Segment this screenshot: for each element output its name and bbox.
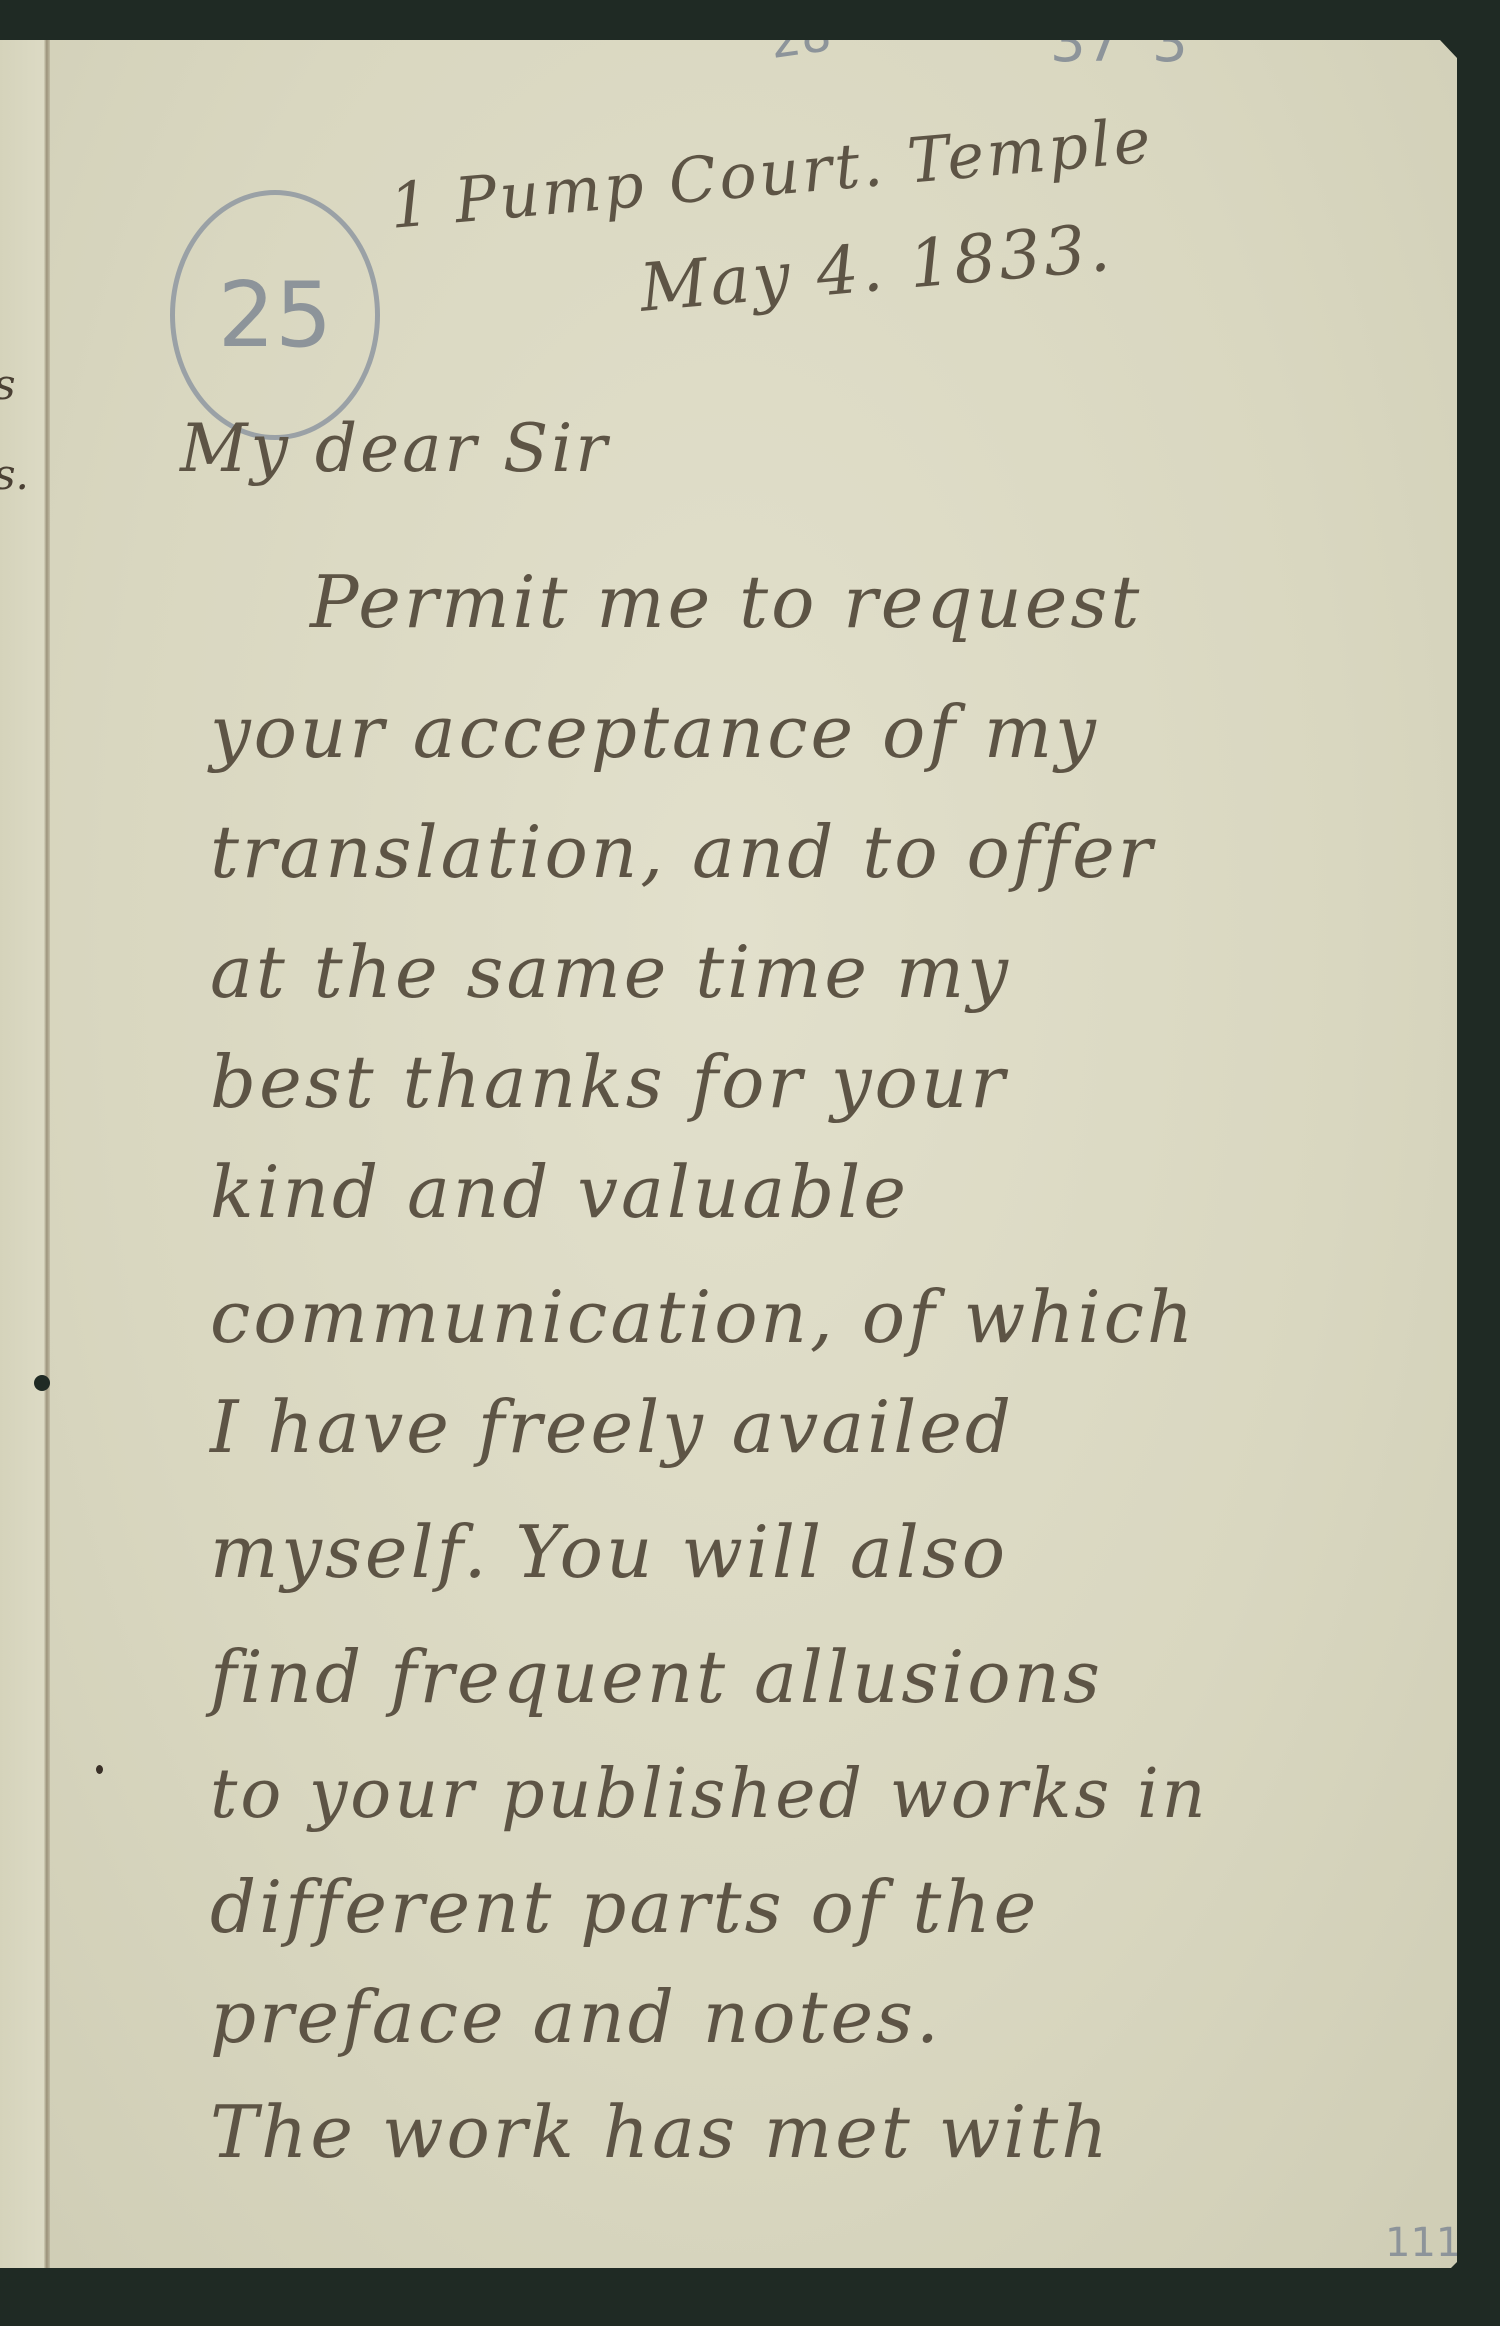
letter-line: find frequent allusions	[210, 1635, 1103, 1719]
pencil-mark-37: 37	[1050, 10, 1121, 75]
letter-salutation: My dear Sir	[180, 410, 610, 487]
letter-page: s s. 25 28 37 3 1 Pump Court. Temple May…	[0, 40, 1457, 2268]
pin-hole	[34, 1375, 50, 1391]
folio-number: 111	[1385, 2220, 1461, 2266]
pencil-mark-28: 28	[766, 6, 834, 70]
letter-line: preface and notes.	[210, 1975, 942, 2059]
ink-speck	[96, 1765, 103, 1774]
letter-date: May 4. 1833.	[637, 209, 1116, 327]
letter-line: at the same time my	[210, 930, 1011, 1014]
margin-fragment: s	[0, 360, 16, 409]
letter-line: your acceptance of my	[210, 690, 1099, 774]
letter-line: kind and valuable	[210, 1150, 909, 1234]
circled-folio-mark: 25	[170, 190, 380, 440]
letter-line: I have freely availed	[210, 1385, 1014, 1469]
margin-fragment: s.	[0, 450, 29, 499]
letter-line: translation, and to offer	[210, 810, 1155, 894]
letter-line: to your published works in	[210, 1755, 1209, 1834]
letter-line: best thanks for your	[210, 1040, 1008, 1124]
circled-number: 25	[218, 263, 333, 368]
letter-line: myself. You will also	[210, 1510, 1008, 1594]
letter-line: Permit me to request	[310, 560, 1142, 644]
pencil-mark-3: 3	[1152, 10, 1188, 75]
letter-line: communication, of which	[210, 1275, 1196, 1359]
letter-line: The work has met with	[210, 2090, 1111, 2174]
binding-fold	[44, 40, 50, 2268]
letter-line: different parts of the	[210, 1865, 1039, 1949]
